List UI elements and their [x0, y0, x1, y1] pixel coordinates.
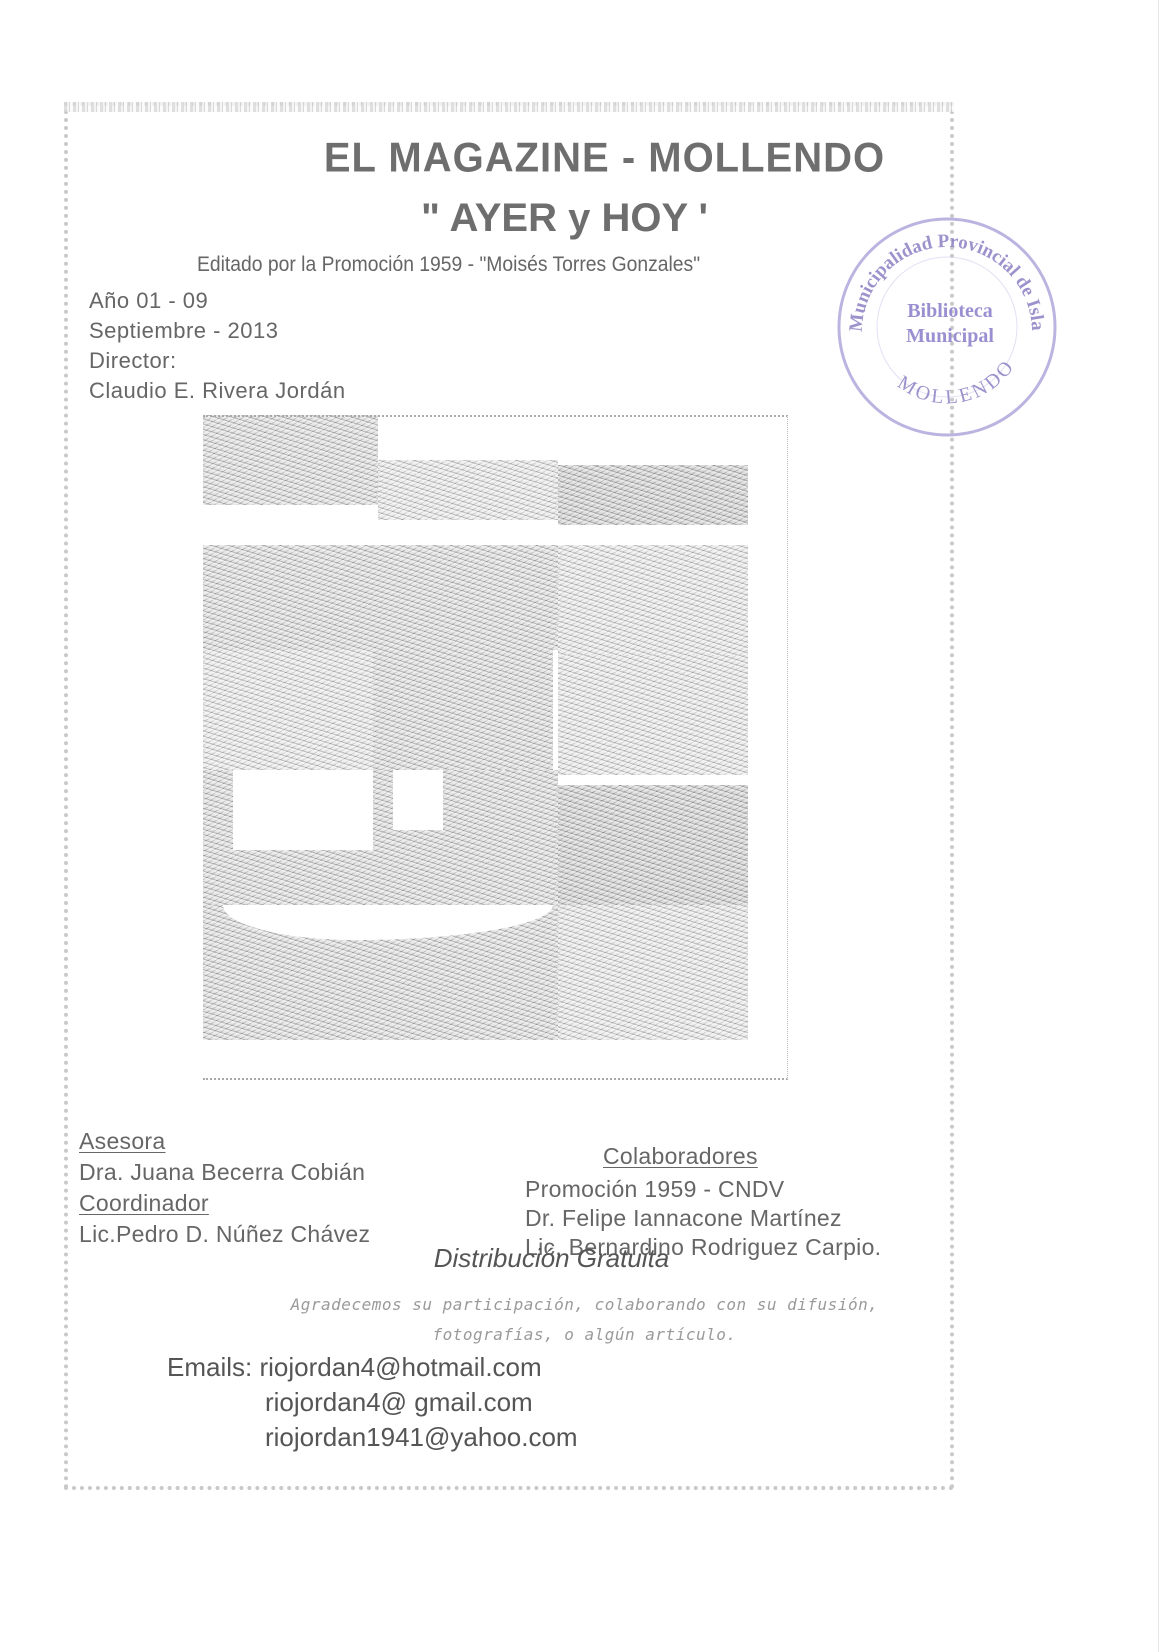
magazine-title: EL MAGAZINE - MOLLENDO [0, 136, 1169, 181]
distribution-label: Distribución Gratuita [0, 1243, 1169, 1274]
title-line-1: EL MAGAZINE - MOLLENDO [324, 135, 885, 182]
title-line-2: " AYER y HOY ' [421, 196, 708, 241]
frame-top-noise [64, 102, 954, 112]
issue-date: Septiembre - 2013 [89, 316, 346, 346]
thanks-line-2: fotografías, o algún artículo. [0, 1325, 1169, 1344]
issue-number: Año 01 - 09 [89, 286, 346, 316]
asesora-name: Dra. Juana Becerra Cobián [79, 1159, 370, 1186]
emails-label: Emails: [167, 1352, 252, 1382]
colaborador-item: Promoción 1959 - CNDV [525, 1176, 881, 1203]
issue-info: Año 01 - 09 Septiembre - 2013 Director: … [89, 286, 346, 406]
email-link[interactable]: riojordan4@hotmail.com [259, 1352, 541, 1382]
svg-text:Municipal: Municipal [906, 325, 994, 347]
colaboradores-heading: Colaboradores [525, 1143, 881, 1170]
director-label: Director: [89, 346, 346, 376]
svg-text:Biblioteca: Biblioteca [907, 300, 993, 322]
coordinador-heading: Coordinador [79, 1190, 370, 1217]
email-link[interactable]: riojordan1941@yahoo.com [265, 1422, 578, 1452]
asesora-heading: Asesora [79, 1128, 370, 1155]
svg-text:MOLLENDO: MOLLENDO [894, 355, 1020, 409]
thanks-line-1: Agradecemos su participación, colaborand… [0, 1295, 1169, 1314]
edited-by: Editado por la Promoción 1959 - "Moisés … [197, 253, 700, 277]
colaborador-item: Dr. Felipe Iannacone Martínez [525, 1205, 881, 1232]
contact-emails: Emails: riojordan4@hotmail.com riojordan… [167, 1350, 578, 1455]
director-name: Claudio E. Rivera Jordán [89, 376, 346, 406]
stamp-seal-icon: Municipalidad Provincial de Islay MOLLEN… [832, 212, 1062, 442]
distribution-text: Distribución Gratuita [434, 1243, 670, 1274]
asesora-block: Asesora Dra. Juana Becerra Cobián Coordi… [79, 1128, 370, 1248]
email-link[interactable]: riojordan4@ gmail.com [265, 1387, 533, 1417]
page-edge [1158, 0, 1159, 1652]
landscape-photo-collage [203, 415, 788, 1080]
library-stamp: Municipalidad Provincial de Islay MOLLEN… [832, 212, 1062, 442]
